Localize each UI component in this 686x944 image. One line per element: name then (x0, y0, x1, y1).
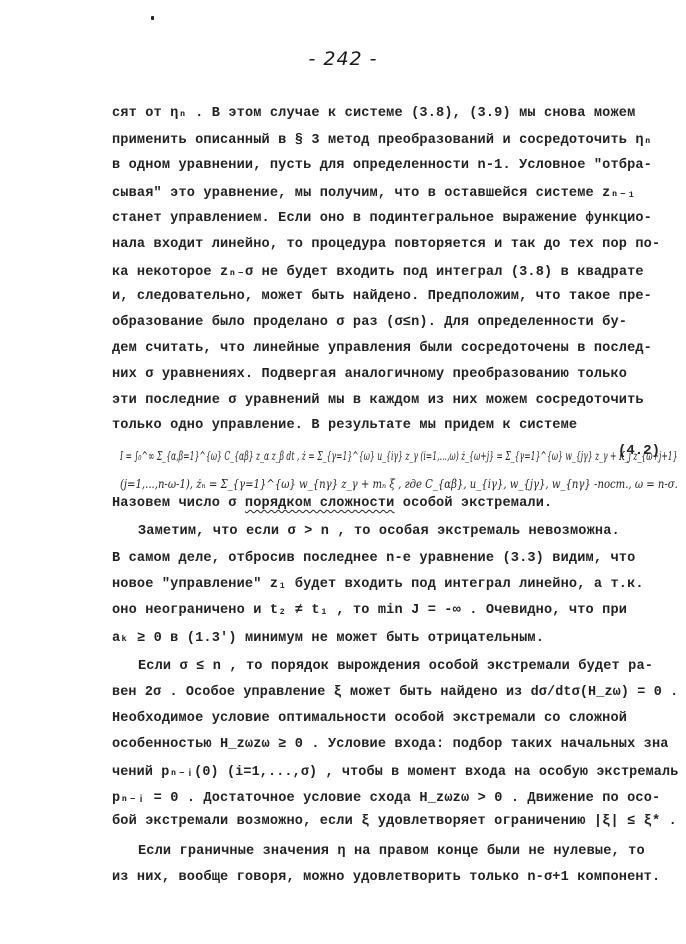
text-line: сывая" это уравнение, мы получим, что в … (112, 184, 635, 201)
page-number: - 242 - (0, 48, 686, 70)
text-line: образование было проделано σ раз (σ≤n). … (112, 315, 627, 330)
formula-row-1: I = ∫₀^∞ Σ_{α,β=1}^{ω} C_{αβ} z_α z_β dt… (120, 446, 678, 464)
formula-text: (j=1,...,n-ω-1), żₙ = Σ_{γ=1}^{ω} w_{nγ}… (120, 477, 678, 491)
text-line: применить описанный в § 3 метод преобраз… (112, 131, 652, 148)
text-line: в одном уравнении, пусть для определенно… (112, 158, 652, 173)
text-line: оно неограничено и t₂ ≠ t₁ , то min J = … (112, 603, 627, 618)
formula-text: I = ∫₀^∞ Σ_{α,β=1}^{ω} C_{αβ} z_α z_β dt… (120, 449, 678, 463)
text-line: станет управлением. Если оно в подинтегр… (112, 211, 652, 226)
text-line: бой экстремали возможно, если ξ удовлетв… (112, 814, 677, 829)
text-line: ка некоторое zₙ₋σ не будет входить под и… (112, 263, 644, 280)
defined-term: порядком сложности (245, 496, 395, 511)
text-line: чений pₙ₋ᵢ(0) (i=1,...,σ) , чтобы в моме… (112, 763, 678, 780)
definition-prefix: Назовем число σ (112, 496, 245, 511)
text-line: дем считать, что линейные управления был… (112, 341, 652, 356)
text-line: Если σ ≤ n , то порядок вырождения особо… (138, 659, 653, 674)
formula-row-2: (j=1,...,n-ω-1), żₙ = Σ_{γ=1}^{ω} w_{nγ}… (120, 474, 678, 492)
text-line: Если граничные значения η на правом конц… (138, 844, 645, 859)
scan-speck (151, 16, 154, 20)
text-line: Необходимое условие оптимальности особой… (112, 711, 627, 726)
text-line: сят от ηₙ . В этом случае к системе (3.8… (112, 104, 635, 121)
equation-number: (4.2) (618, 443, 660, 459)
text-line: aₖ ≥ 0 в (1.3') минимум не может быть от… (112, 629, 544, 646)
text-line: и, следовательно, может быть найдено. Пр… (112, 289, 652, 304)
text-line: pₙ₋ᵢ = 0 . Достаточное условие схода H_z… (112, 789, 660, 806)
text-line: особенностью H_zωzω ≥ 0 . Условие входа:… (112, 737, 669, 752)
text-line: новое "управление" z₁ будет входить под … (112, 577, 644, 592)
text-line: из них, вообще говоря, можно удовлетвори… (112, 870, 660, 885)
definition-suffix: особой экстремали. (394, 496, 552, 511)
text-line: нала входит линейно, то процедура повтор… (112, 237, 660, 252)
text-line: только одно управление. В результате мы … (112, 418, 577, 433)
text-line: В самом деле, отбросив последнее n-е ура… (112, 551, 635, 566)
text-line: вен 2σ . Особое управление ξ может быть … (112, 685, 678, 700)
text-line: эти последние σ уравнений мы в каждом из… (112, 393, 644, 408)
text-line: Заметим, что если σ > n , то особая экст… (138, 524, 620, 539)
definition-line: Назовем число σ порядком сложности особо… (112, 496, 552, 511)
document-page: - 242 - сят от ηₙ . В этом случае к сист… (0, 0, 686, 944)
text-line: них σ уравнениях. Подвергая аналогичному… (112, 367, 627, 382)
